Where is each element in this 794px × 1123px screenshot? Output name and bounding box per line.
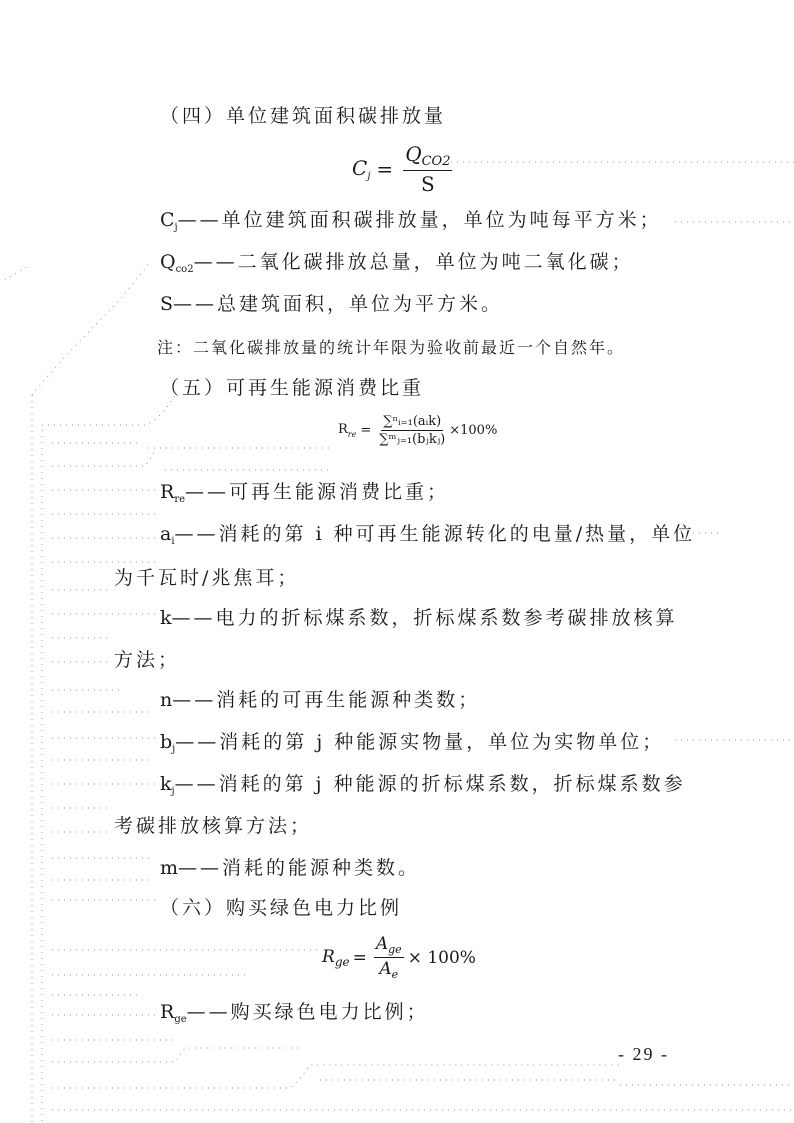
denominator: Ae bbox=[379, 958, 398, 981]
definition-k: k——电力的折标煤系数，折标煤系数参考碳排放核算 bbox=[160, 606, 678, 630]
denominator: ∑ᵐⱼ₌₁(bⱼkⱼ) bbox=[379, 431, 445, 447]
equals-sign: = bbox=[360, 423, 371, 438]
formula-lhs: Cj bbox=[352, 156, 370, 182]
definition-m: m——消耗的能源种类数。 bbox=[160, 856, 420, 880]
formula-green-power: Rge = Age Ae × 100% bbox=[322, 934, 476, 981]
denominator: S bbox=[421, 171, 435, 196]
definition-kj-continuation: 考碳排放核算方法； bbox=[114, 814, 312, 838]
definition-rge: Rge——购买绿色电力比例； bbox=[160, 1000, 429, 1032]
fraction: ∑ⁿᵢ₌₁(aᵢk) ∑ᵐⱼ₌₁(bⱼkⱼ) bbox=[379, 414, 445, 447]
numerator: ∑ⁿᵢ₌₁(aᵢk) bbox=[381, 414, 443, 431]
definition-bj: bj——消耗的第 j 种能源实物量，单位为实物单位； bbox=[160, 730, 664, 762]
note-text: 注：二氧化碳排放量的统计年限为验收前最近一个自然年。 bbox=[157, 336, 625, 360]
definition-rre: Rre——可再生能源消费比重； bbox=[160, 480, 449, 512]
definition-ai-continuation: 为千瓦时/兆焦耳； bbox=[114, 566, 299, 590]
formula-renewable-share: Rre = ∑ⁿᵢ₌₁(aᵢk) ∑ᵐⱼ₌₁(bⱼkⱼ) ×100% bbox=[338, 414, 497, 447]
fraction: Age Ae bbox=[374, 934, 404, 981]
section-heading-4: （四）单位建筑面积碳排放量 bbox=[160, 104, 446, 128]
formula-lhs: Rge bbox=[322, 947, 350, 969]
document-page: （四）单位建筑面积碳排放量 Cj = QCO2 S Cj——单位建筑面积碳排放量… bbox=[0, 0, 794, 1123]
fraction: QCO2 S bbox=[403, 142, 452, 196]
definition-kj: kj——消耗的第 j 种能源的折标煤系数，折标煤系数参 bbox=[160, 772, 686, 804]
definition-s: S——总建筑面积，单位为平方米。 bbox=[160, 292, 503, 316]
multiplier: ×100% bbox=[449, 423, 497, 438]
numerator: QCO2 bbox=[403, 142, 452, 171]
definition-ai: ai——消耗的第 i 种可再生能源转化的电量/热量，单位 bbox=[160, 522, 695, 554]
section-heading-6: （六）购买绿色电力比例 bbox=[160, 896, 402, 920]
definition-k-continuation: 方法； bbox=[114, 648, 180, 672]
definition-n: n——消耗的可再生能源种类数； bbox=[160, 688, 480, 712]
section-heading-5: （五）可再生能源消费比重 bbox=[160, 376, 424, 400]
equals-sign: = bbox=[376, 157, 393, 181]
definition-cj: Cj——单位建筑面积碳排放量，单位为吨每平方米； bbox=[160, 208, 662, 240]
formula-lhs: Rre bbox=[338, 422, 356, 439]
numerator: Age bbox=[374, 934, 404, 958]
equals-sign: = bbox=[353, 948, 367, 968]
multiplier: × 100% bbox=[408, 948, 476, 968]
definition-qco2: Qco2——二氧化碳排放总量，单位为吨二氧化碳； bbox=[160, 250, 634, 282]
formula-carbon-intensity: Cj = QCO2 S bbox=[352, 142, 456, 196]
page-number: - 29 - bbox=[618, 1044, 669, 1065]
